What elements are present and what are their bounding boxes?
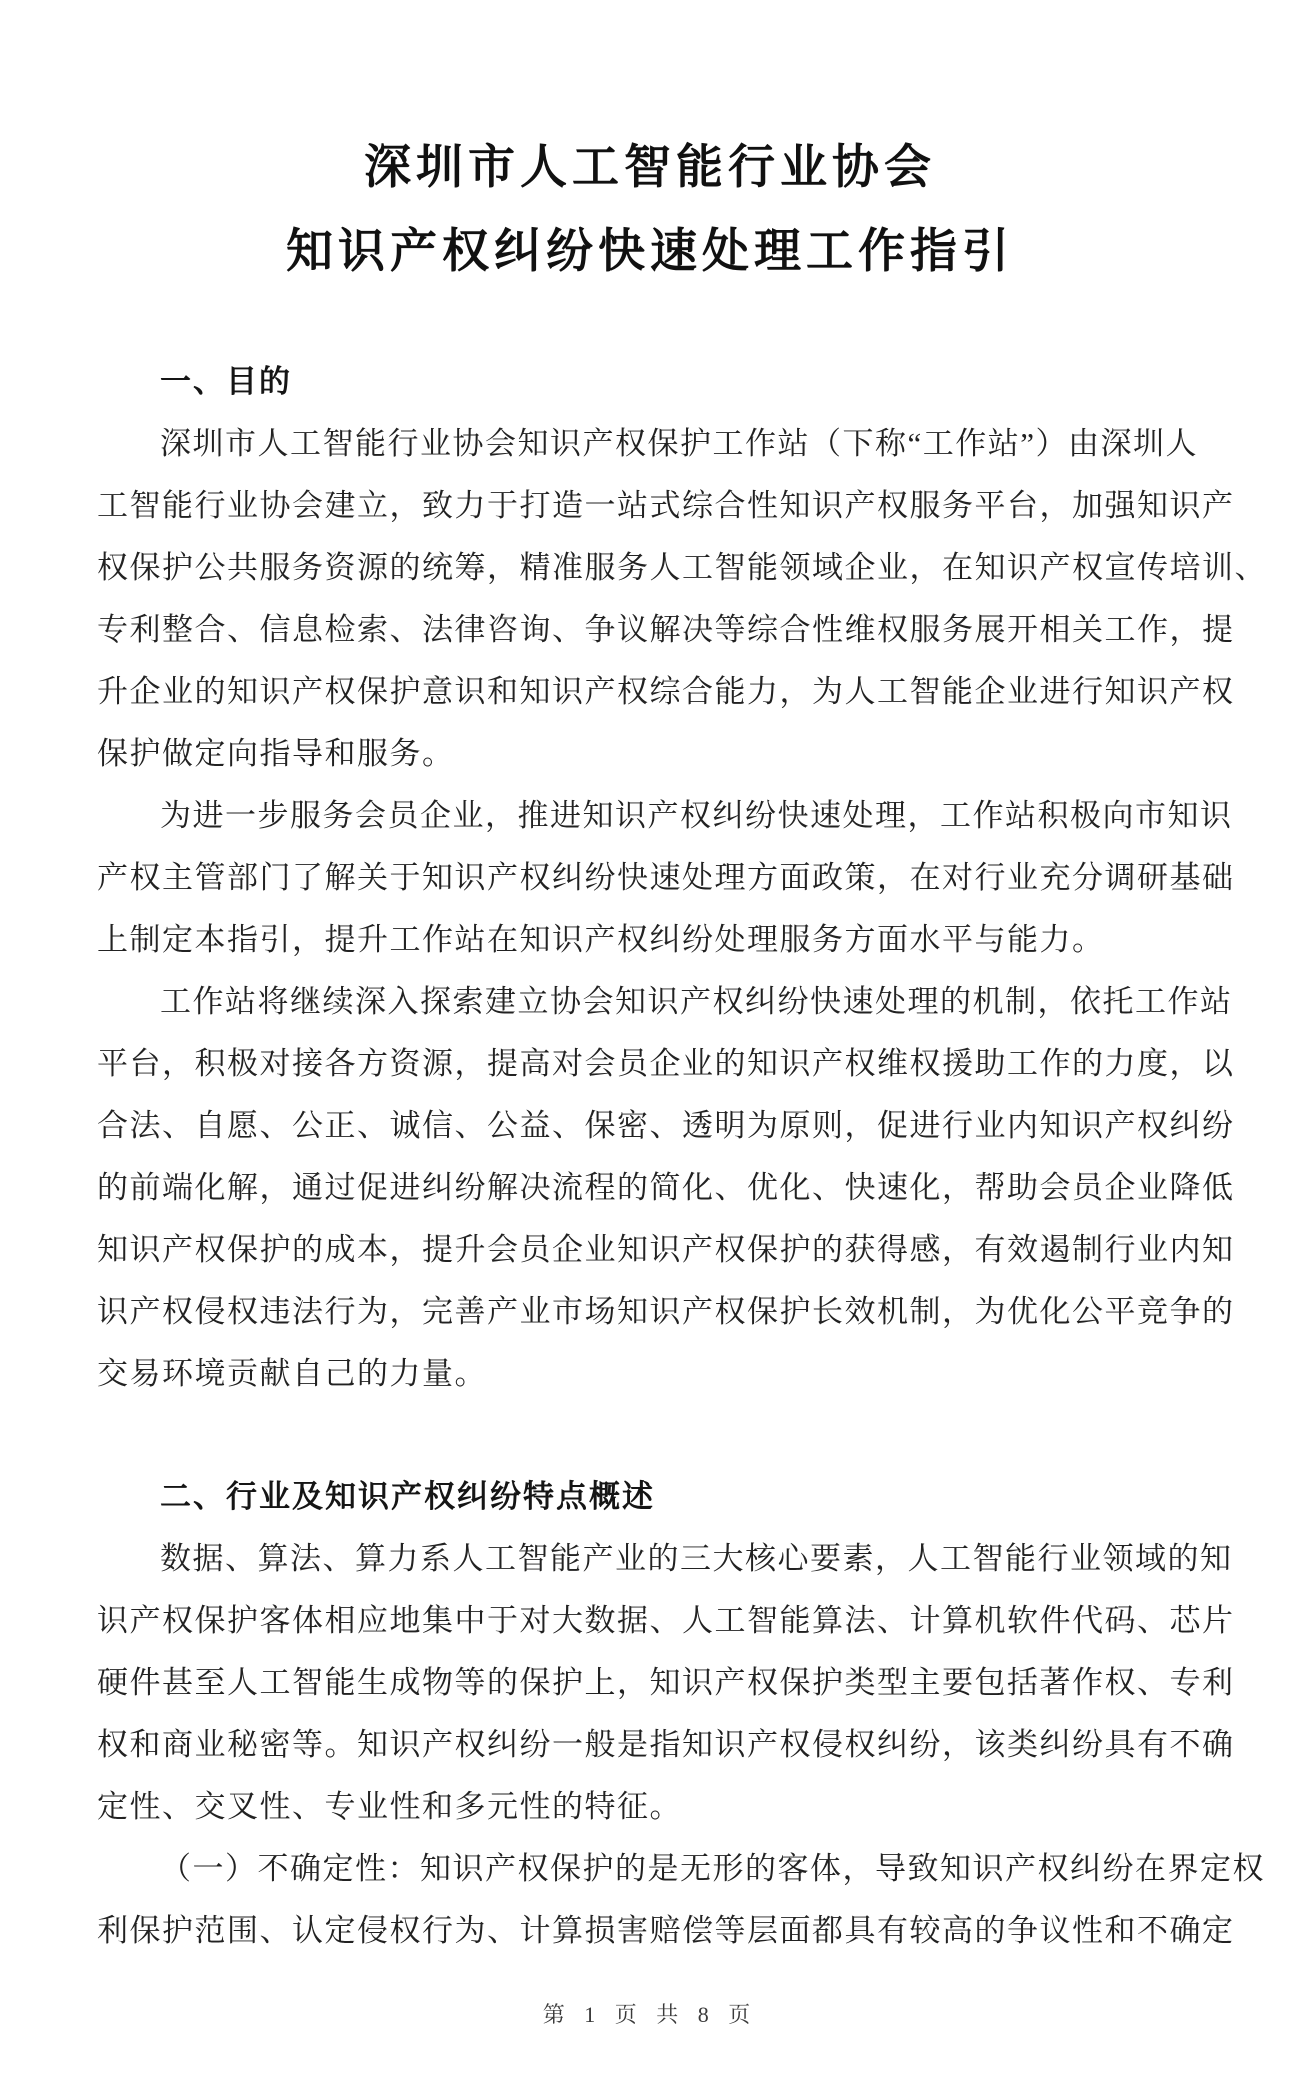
document-page: 深圳市人工智能行业协会 知识产权纠纷快速处理工作指引 一、目的 深圳市人工智能行…: [0, 0, 1300, 2100]
text-line: 权保护公共服务资源的统筹，精准服务人工智能领域企业，在知识产权宣传培训、: [97, 537, 1234, 599]
paragraph: （一）不确定性：知识产权保护的是无形的客体，导致知识产权纠纷在界定权 利保护范围…: [97, 1838, 1234, 1962]
section-heading-1: 一、目的: [97, 351, 1234, 413]
section-heading-2: 二、行业及知识产权纠纷特点概述: [97, 1466, 1234, 1528]
text-line: 为进一步服务会员企业，推进知识产权纠纷快速处理，工作站积极向市知识: [97, 785, 1234, 847]
text-line: 定性、交叉性、专业性和多元性的特征。: [97, 1776, 1234, 1838]
text-line: 交易环境贡献自己的力量。: [97, 1343, 1234, 1405]
paragraph: 深圳市人工智能行业协会知识产权保护工作站（下称“工作站”）由深圳人 工智能行业协…: [97, 413, 1234, 785]
text-line: 合法、自愿、公正、诚信、公益、保密、透明为原则，促进行业内知识产权纠纷: [97, 1095, 1234, 1157]
text-line: 利保护范围、认定侵权行为、计算损害赔偿等层面都具有较高的争议性和不确定: [97, 1900, 1234, 1962]
document-title: 深圳市人工智能行业协会 知识产权纠纷快速处理工作指引: [0, 0, 1300, 294]
text-line: 识产权保护客体相应地集中于对大数据、人工智能算法、计算机软件代码、芯片: [97, 1590, 1234, 1652]
text-line: 工智能行业协会建立，致力于打造一站式综合性知识产权服务平台，加强知识产: [97, 475, 1234, 537]
text-line: （一）不确定性：知识产权保护的是无形的客体，导致知识产权纠纷在界定权: [97, 1838, 1234, 1900]
text-line: 升企业的知识产权保护意识和知识产权综合能力，为人工智能企业进行知识产权: [97, 661, 1234, 723]
document-title-line-1: 深圳市人工智能行业协会: [0, 126, 1300, 210]
document-title-line-2: 知识产权纠纷快速处理工作指引: [0, 210, 1300, 294]
text-line: 工作站将继续深入探索建立协会知识产权纠纷快速处理的机制，依托工作站: [97, 971, 1234, 1033]
paragraph: 为进一步服务会员企业，推进知识产权纠纷快速处理，工作站积极向市知识 产权主管部门…: [97, 785, 1234, 971]
text-line: 专利整合、信息检索、法律咨询、争议解决等综合性维权服务展开相关工作，提: [97, 599, 1234, 661]
page-number: 第 1 页 共 8 页: [0, 1998, 1300, 2029]
paragraph: 工作站将继续深入探索建立协会知识产权纠纷快速处理的机制，依托工作站 平台，积极对…: [97, 971, 1234, 1405]
text-line: 权和商业秘密等。知识产权纠纷一般是指知识产权侵权纠纷，该类纠纷具有不确: [97, 1714, 1234, 1776]
text-line: 硬件甚至人工智能生成物等的保护上，知识产权保护类型主要包括著作权、专利: [97, 1652, 1234, 1714]
text-line: 数据、算法、算力系人工智能产业的三大核心要素，人工智能行业领域的知: [97, 1528, 1234, 1590]
text-line: 知识产权保护的成本，提升会员企业知识产权保护的获得感，有效遏制行业内知: [97, 1219, 1234, 1281]
text-line: 识产权侵权违法行为，完善产业市场知识产权保护长效机制，为优化公平竞争的: [97, 1281, 1234, 1343]
text-line: 产权主管部门了解关于知识产权纠纷快速处理方面政策，在对行业充分调研基础: [97, 847, 1234, 909]
text-line: 平台，积极对接各方资源，提高对会员企业的知识产权维权援助工作的力度，以: [97, 1033, 1234, 1095]
text-line: 保护做定向指导和服务。: [97, 723, 1234, 785]
text-line: 上制定本指引，提升工作站在知识产权纠纷处理服务方面水平与能力。: [97, 909, 1234, 971]
document-body: 一、目的 深圳市人工智能行业协会知识产权保护工作站（下称“工作站”）由深圳人 工…: [0, 351, 1300, 1962]
text-line: 的前端化解，通过促进纠纷解决流程的简化、优化、快速化，帮助会员企业降低: [97, 1157, 1234, 1219]
text-line: 深圳市人工智能行业协会知识产权保护工作站（下称“工作站”）由深圳人: [97, 413, 1234, 475]
paragraph: 数据、算法、算力系人工智能产业的三大核心要素，人工智能行业领域的知 识产权保护客…: [97, 1528, 1234, 1838]
